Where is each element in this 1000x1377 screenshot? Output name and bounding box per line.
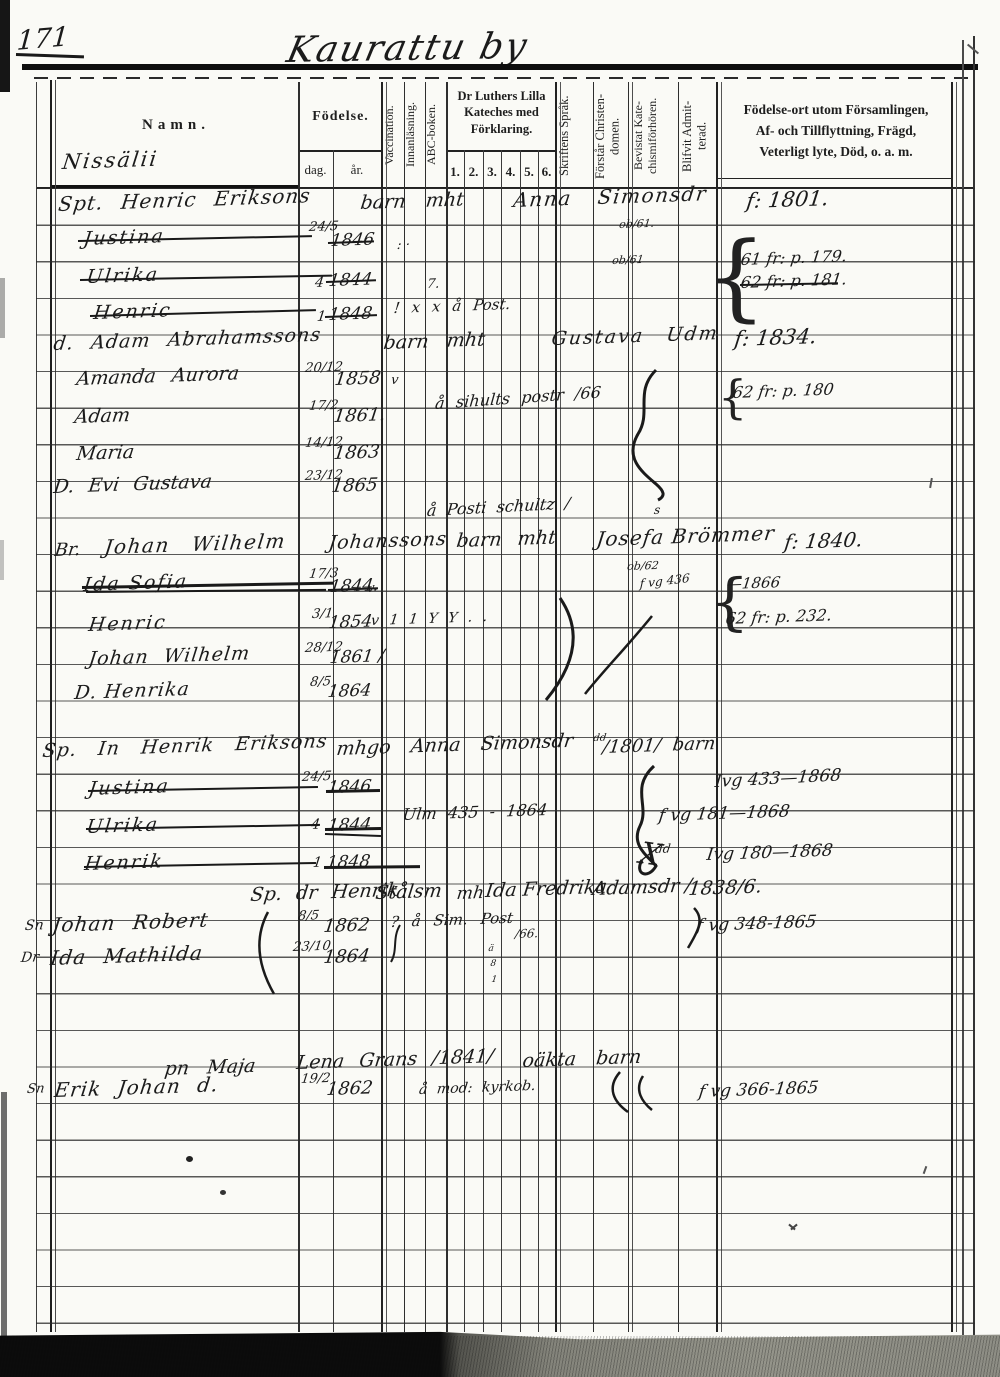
scan-edge-artifact xyxy=(0,0,10,92)
scan-edge-artifact xyxy=(0,540,4,580)
flourish xyxy=(688,908,700,948)
flourish-overlay xyxy=(0,0,1000,1377)
scan-edge-artifact xyxy=(1,1092,7,1337)
flourish xyxy=(391,925,400,962)
ink-speck xyxy=(220,1190,226,1195)
scanned-church-record-page: 171 Kaurattu by Namn. Nissälii Födelse. … xyxy=(0,0,1000,1377)
flourish xyxy=(585,616,652,694)
flourish xyxy=(613,1072,628,1112)
scan-edge-artifact xyxy=(0,278,5,338)
flourish xyxy=(633,370,663,500)
scan-bottom-band-texture xyxy=(0,1336,1000,1377)
ink-speck xyxy=(186,1156,193,1162)
flourish xyxy=(637,766,656,874)
flourish xyxy=(259,912,274,994)
flourish xyxy=(546,598,573,700)
flourish xyxy=(639,1076,652,1110)
